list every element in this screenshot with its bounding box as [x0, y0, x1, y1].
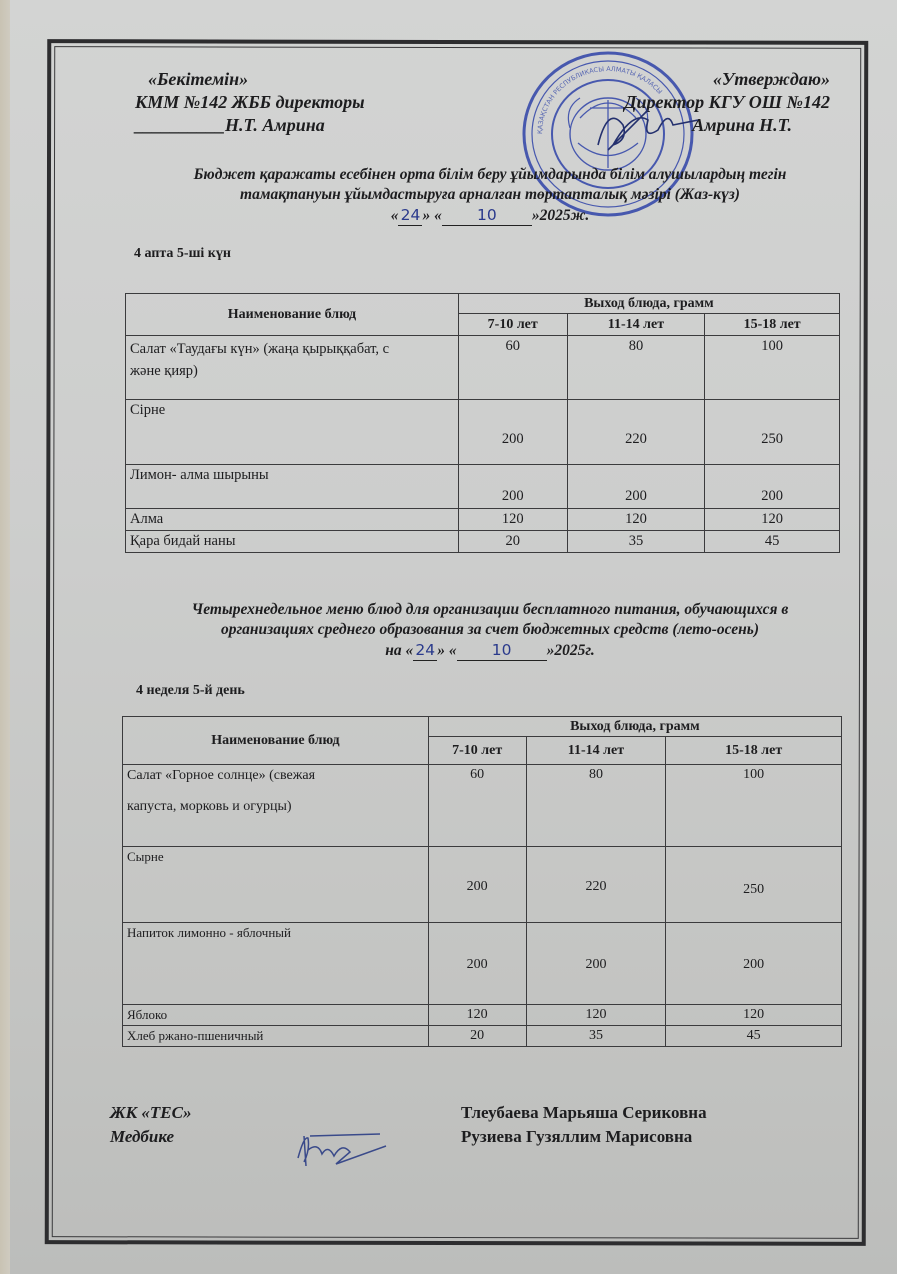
table-row: Напиток лимонно - яблочный 200 200 200	[123, 923, 842, 1005]
table-row: Алма 120 120 120	[126, 509, 840, 531]
date-mid: » «	[422, 207, 441, 224]
date-suffix: »2025г.	[547, 642, 595, 659]
yield-11-14: 220	[526, 847, 666, 923]
table-row: Лимон- алма шырыны 200 200 200	[126, 465, 840, 509]
yield-15-18: 200	[705, 465, 840, 509]
header-age-11-14: 11-14 лет	[567, 314, 705, 336]
table-row: Салат «Таудағы күн» (жаңа қырыққабат, сж…	[126, 336, 840, 400]
dish-name-line1: Салат «Таудағы күн» (жаңа қырыққабат, с	[130, 338, 454, 360]
dish-name-line2: және қияр)	[130, 360, 454, 382]
director-signature-icon	[588, 100, 698, 160]
approval-kz-position: КММ №142 ЖББ директоры	[135, 91, 365, 114]
day-label-kz: 4 апта 5-ші күн	[134, 246, 231, 262]
yield-7-10: 200	[428, 847, 526, 923]
table-row: Сырне 200 220 250	[123, 847, 842, 923]
approval-ru-heading: «Утверждаю»	[590, 68, 830, 91]
approval-kz-name: Н.Т. Амрина	[225, 115, 325, 135]
approval-block-kz: «Бекітемін» КММ №142 ЖББ директоры _____…	[135, 68, 365, 137]
dish-name: Қара бидай наны	[126, 531, 459, 553]
footer-role: Медбике	[110, 1125, 191, 1149]
header-age-7-10: 7-10 лет	[428, 737, 526, 765]
footer-org: ЖК «ТЕС»	[110, 1101, 191, 1125]
header-age-15-18: 15-18 лет	[666, 737, 842, 765]
menu-title-kz-line1: Бюджет қаражаты есебінен орта білім беру…	[110, 165, 870, 185]
header-age-15-18: 15-18 лет	[705, 314, 840, 336]
signature-blank-line: __________	[135, 115, 225, 135]
date-month-handwritten: 10	[442, 205, 532, 226]
yield-11-14: 80	[526, 765, 666, 847]
menu-title-ru-line2: организациях среднего образования за сче…	[110, 620, 870, 640]
yield-7-10: 120	[428, 1005, 526, 1026]
table-row: Сірне 200 220 250	[126, 400, 840, 465]
menu-title-kz: Бюджет қаражаты есебінен орта білім беру…	[110, 165, 870, 226]
date-mid: » «	[437, 642, 456, 659]
yield-15-18: 100	[666, 765, 842, 847]
dish-name: Салат «Таудағы күн» (жаңа қырыққабат, сж…	[126, 336, 459, 400]
approval-kz-heading: «Бекітемін»	[135, 68, 365, 91]
yield-15-18: 120	[666, 1005, 842, 1026]
yield-15-18: 45	[666, 1026, 842, 1047]
date-prefix: «	[391, 207, 399, 224]
yield-11-14: 120	[567, 509, 705, 531]
dish-name: Яблоко	[123, 1005, 429, 1026]
date-day-handwritten: 24	[413, 640, 437, 661]
footer-name-2: Рузиева Гузяллим Марисовна	[461, 1125, 707, 1149]
dish-name: Салат «Горное солнце» (свежаякапуста, мо…	[123, 765, 429, 847]
yield-7-10: 200	[428, 923, 526, 1005]
date-suffix: »2025ж.	[532, 207, 589, 224]
menu-date-kz: «24» «10»2025ж.	[110, 205, 870, 226]
table-row: Яблоко 120 120 120	[123, 1005, 842, 1026]
yield-15-18: 250	[705, 400, 840, 465]
day-label-ru: 4 неделя 5-й день	[136, 683, 245, 699]
table-row: Салат «Горное солнце» (свежаякапуста, мо…	[123, 765, 842, 847]
header-age-11-14: 11-14 лет	[526, 737, 666, 765]
yield-15-18: 250	[666, 847, 842, 923]
header-yield: Выход блюда, грамм	[428, 717, 841, 737]
menu-table-ru: Наименование блюд Выход блюда, грамм 7-1…	[122, 716, 842, 1047]
menu-table-kz: Наименование блюд Выход блюда, грамм 7-1…	[125, 293, 840, 553]
menu-title-ru: Четырехнедельное меню блюд для организац…	[110, 600, 870, 661]
yield-15-18: 100	[705, 336, 840, 400]
menu-date-ru: на «24» «10»2025г.	[110, 640, 870, 661]
yield-7-10: 120	[458, 509, 567, 531]
menu-title-kz-line2: тамақтануын ұйымдастыруға арналған төрта…	[110, 185, 870, 205]
dish-name: Лимон- алма шырыны	[126, 465, 459, 509]
yield-11-14: 120	[526, 1005, 666, 1026]
date-month-handwritten: 10	[457, 640, 547, 661]
yield-11-14: 200	[567, 465, 705, 509]
yield-15-18: 120	[705, 509, 840, 531]
dish-name: Алма	[126, 509, 459, 531]
date-day-handwritten: 24	[398, 205, 422, 226]
dish-name-line2: капуста, морковь и огурцы)	[127, 787, 424, 827]
yield-15-18: 200	[666, 923, 842, 1005]
yield-7-10: 60	[428, 765, 526, 847]
dish-name: Сырне	[123, 847, 429, 923]
header-dish-name: Наименование блюд	[126, 294, 459, 336]
header-age-7-10: 7-10 лет	[458, 314, 567, 336]
date-prefix: на «	[385, 642, 413, 659]
footer-name-1: Тлеубаева Марьяша Сериковна	[461, 1101, 707, 1125]
yield-11-14: 80	[567, 336, 705, 400]
dish-name: Хлеб ржано-пшеничный	[123, 1026, 429, 1047]
yield-11-14: 220	[567, 400, 705, 465]
yield-11-14: 35	[526, 1026, 666, 1047]
table-row: Хлеб ржано-пшеничный 20 35 45	[123, 1026, 842, 1047]
yield-7-10: 200	[458, 400, 567, 465]
dish-name-line1: Салат «Горное солнце» (свежая	[127, 765, 424, 787]
table-row: Қара бидай наны 20 35 45	[126, 531, 840, 553]
yield-11-14: 200	[526, 923, 666, 1005]
footer-org-block: ЖК «ТЕС» Медбике	[110, 1101, 191, 1149]
yield-7-10: 200	[458, 465, 567, 509]
yield-15-18: 45	[705, 531, 840, 553]
dish-name: Сірне	[126, 400, 459, 465]
menu-title-ru-line1: Четырехнедельное меню блюд для организац…	[110, 600, 870, 620]
header-dish-name: Наименование блюд	[123, 717, 429, 765]
header-yield: Выход блюда, грамм	[458, 294, 839, 314]
yield-7-10: 20	[428, 1026, 526, 1047]
dish-name: Напиток лимонно - яблочный	[123, 923, 429, 1005]
yield-7-10: 60	[458, 336, 567, 400]
yield-11-14: 35	[567, 531, 705, 553]
yield-7-10: 20	[458, 531, 567, 553]
footer-names-block: Тлеубаева Марьяша Сериковна Рузиева Гузя…	[461, 1101, 707, 1149]
nurse-signature-icon	[290, 1128, 390, 1170]
